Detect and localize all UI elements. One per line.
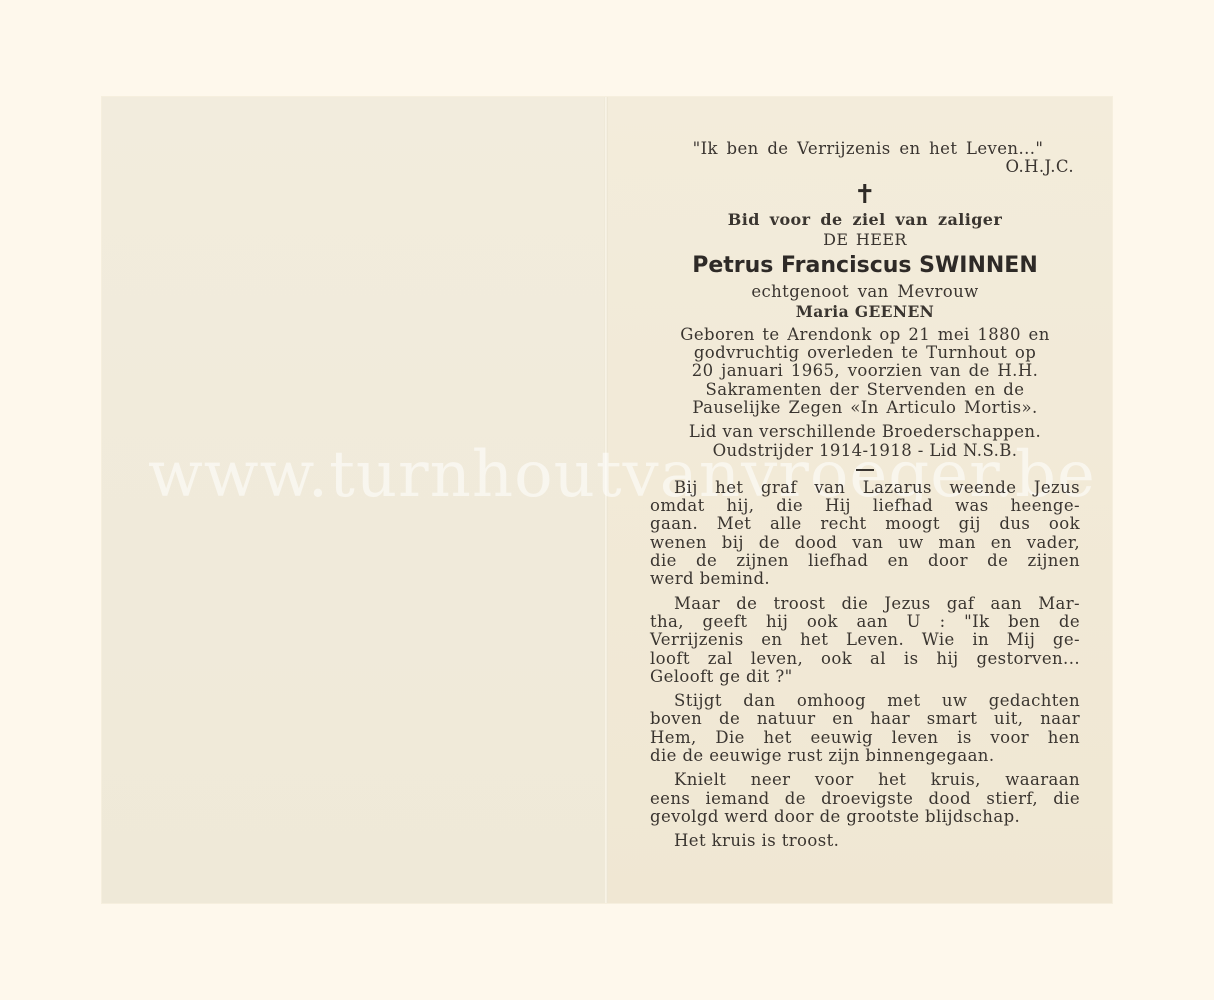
biography-line: Sakramenten der Stervenden en de: [650, 381, 1080, 399]
paragraph-line: Hem, Die het eeuwig leven is voor hen: [650, 729, 1080, 747]
spouse-label: echtgenoot van Mevrouw: [650, 283, 1080, 301]
spouse-name: Maria GEENEN: [650, 303, 1080, 321]
paragraph-line: die de zijnen liefhad en door de zijnen: [650, 552, 1080, 570]
biography-line: Geboren te Arendonk op 21 mei 1880 en: [650, 326, 1080, 344]
biography-line: 20 januari 1965, voorzien van de H.H.: [650, 362, 1080, 380]
paragraph-knielt: Knielt neer voor het kruis, waaraan eens…: [650, 771, 1080, 826]
membership-line: Oudstrijder 1914-1918 - Lid N.S.B.: [650, 442, 1080, 460]
biography-line: Pauselijke Zegen «In Articulo Mortis».: [650, 399, 1080, 417]
paragraph-martha: Maar de troost die Jezus gaf aan Mar- th…: [650, 595, 1080, 686]
paragraph-lazarus: Bij het graf van Lazarus weende Jezus om…: [650, 479, 1080, 589]
biography-line: godvruchtig overleden te Turnhout op: [650, 344, 1080, 362]
paragraph-line: Verrijzenis en het Leven. Wie in Mij ge-: [650, 631, 1080, 649]
paragraph-line: tha, geeft hij ook aan U : "Ik ben de: [650, 613, 1080, 631]
prayer-line: Bid voor de ziel van zaliger: [650, 211, 1080, 229]
card-text: "Ik ben de Verrijzenis en het Leven..." …: [650, 140, 1080, 851]
opening-quote: "Ik ben de Verrijzenis en het Leven...": [656, 140, 1080, 158]
membership: Lid van verschillende Broederschappen. O…: [650, 423, 1080, 460]
membership-line: Lid van verschillende Broederschappen.: [650, 423, 1080, 441]
cross-icon: ✝: [650, 181, 1080, 209]
quote-source: O.H.J.C.: [650, 158, 1074, 176]
paragraph-line: die de eeuwige rust zijn binnengegaan.: [650, 747, 1080, 765]
paragraph-line: omdat hij, die Hij liefhad was heenge-: [650, 497, 1080, 515]
paragraph-line: boven de natuur en haar smart uit, naar: [650, 710, 1080, 728]
paragraph-line: Gelooft ge dit ?": [650, 668, 1080, 686]
deceased-name: Petrus Franciscus SWINNEN: [650, 251, 1080, 281]
biography: Geboren te Arendonk op 21 mei 1880 en go…: [650, 326, 1080, 417]
paragraph-line: Stijgt dan omhoog met uw gedachten: [650, 692, 1080, 710]
paragraph-line: Maar de troost die Jezus gaf aan Mar-: [650, 595, 1080, 613]
paragraph-line: Bij het graf van Lazarus weende Jezus: [650, 479, 1080, 497]
paragraph-line: Het kruis is troost.: [650, 832, 1080, 850]
section-divider: [856, 469, 874, 471]
card-left-panel-blank: [102, 97, 607, 903]
paragraph-line: wenen bij de dood van uw man en vader,: [650, 534, 1080, 552]
paragraph-line: werd bemind.: [650, 570, 1080, 588]
paragraph-line: eens iemand de droevigste dood stierf, d…: [650, 790, 1080, 808]
paragraph-kruis: Het kruis is troost.: [650, 832, 1080, 850]
paragraph-line: gevolgd werd door de grootste blijdschap…: [650, 808, 1080, 826]
deceased-title: DE HEER: [650, 231, 1080, 249]
paragraph-stijgt: Stijgt dan omhoog met uw gedachten boven…: [650, 692, 1080, 765]
paragraph-line: Knielt neer voor het kruis, waaraan: [650, 771, 1080, 789]
paragraph-line: gaan. Met alle recht moogt gij dus ook: [650, 515, 1080, 533]
paragraph-line: looft zal leven, ook al is hij gestorven…: [650, 650, 1080, 668]
